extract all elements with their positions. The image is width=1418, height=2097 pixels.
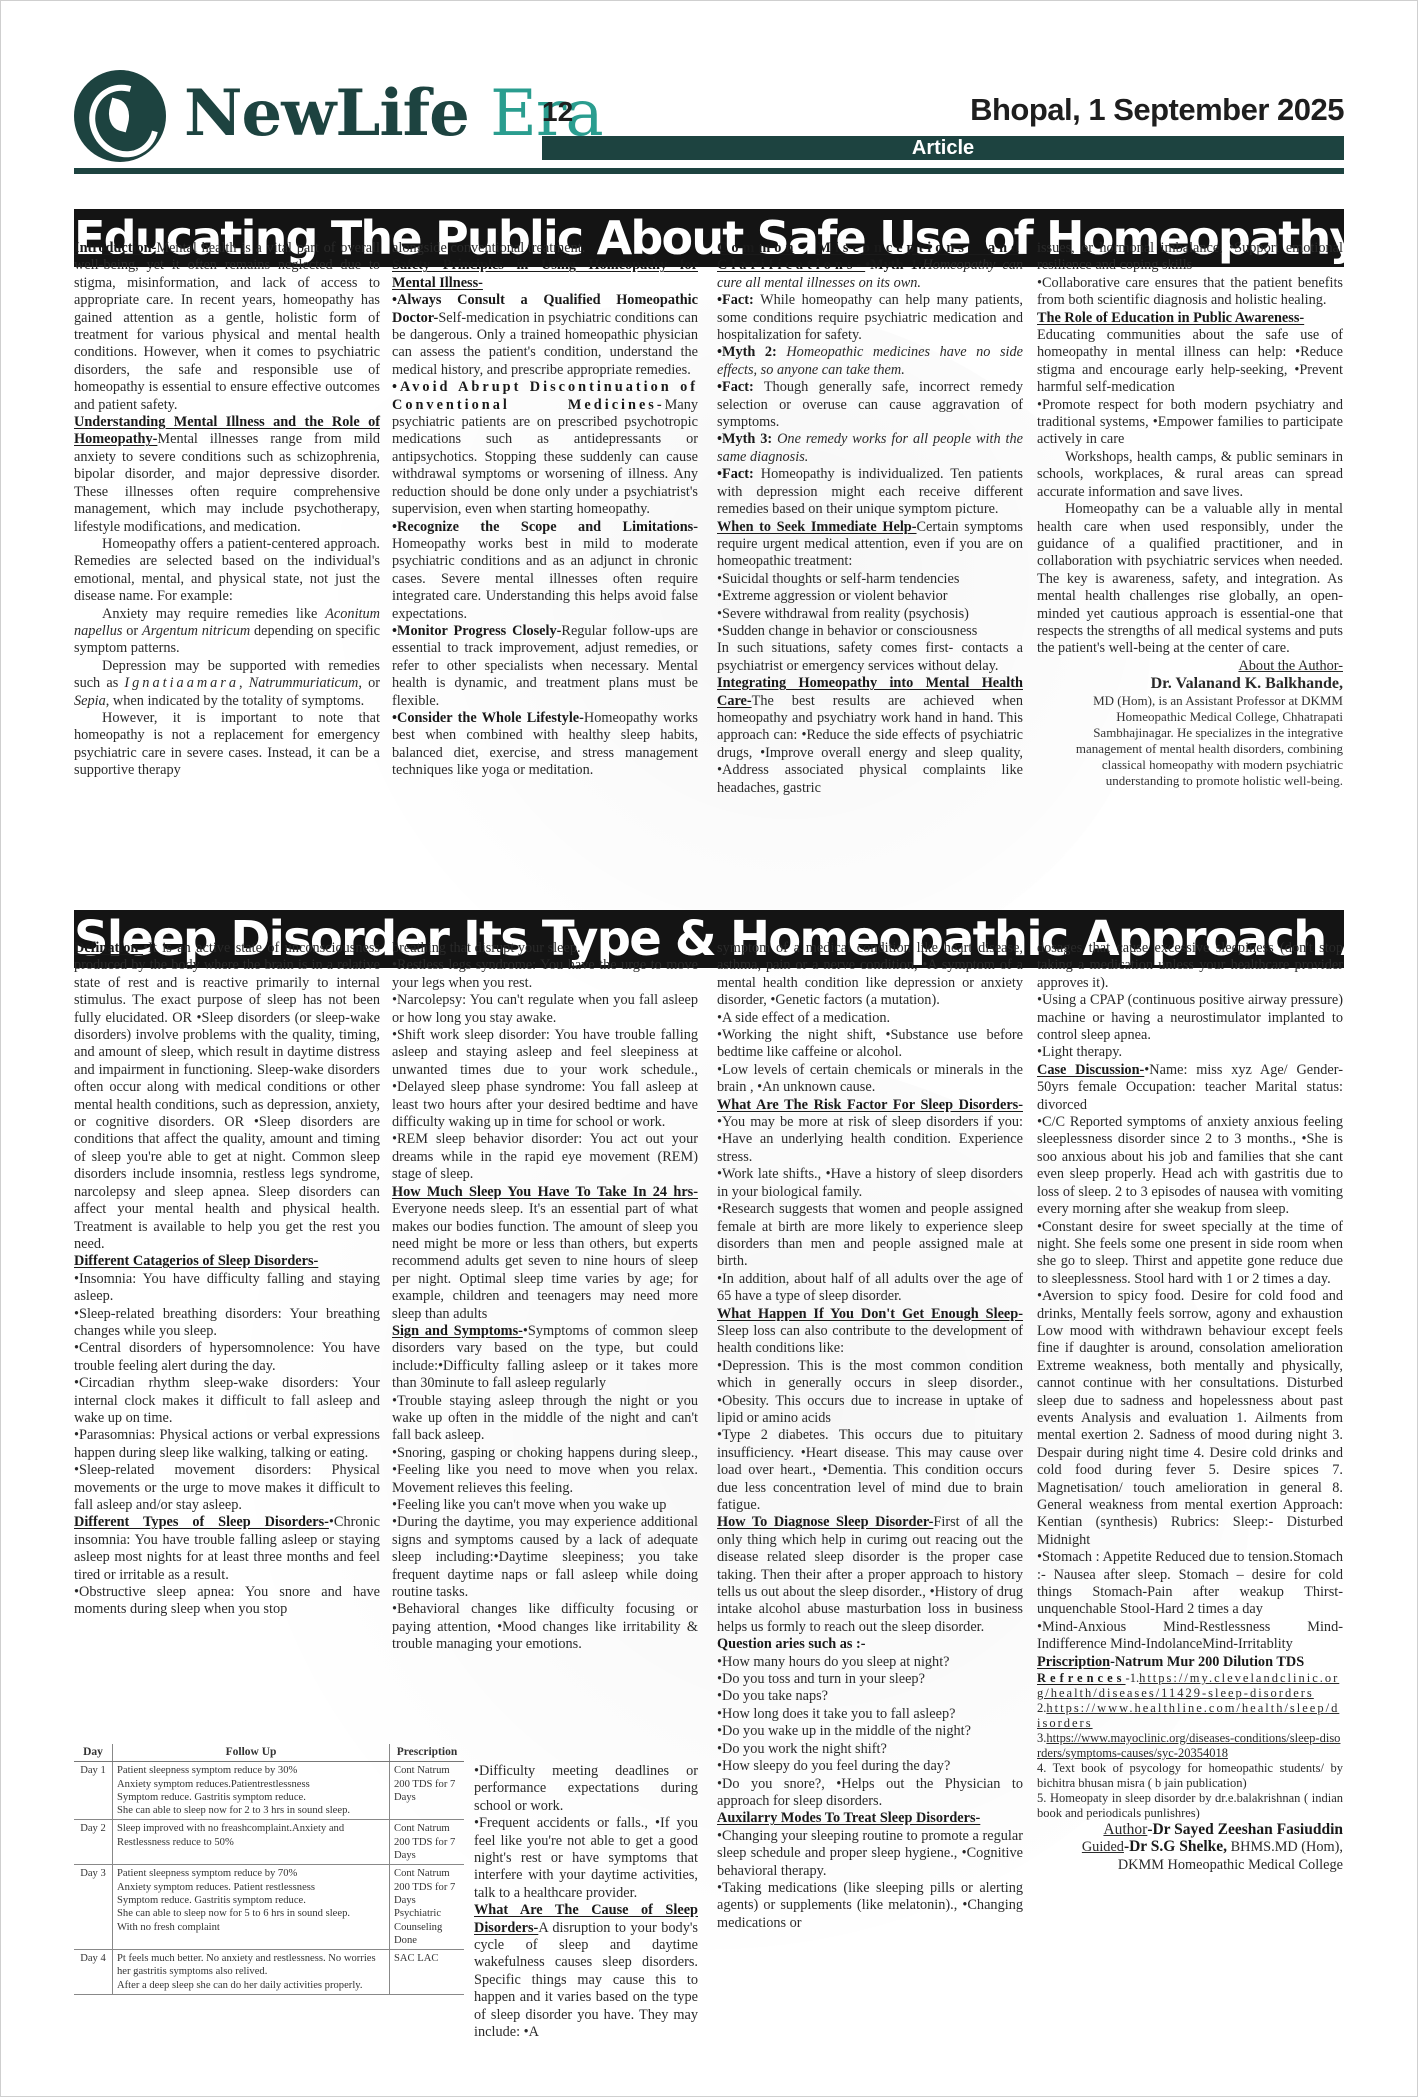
followup-line: She can able to sleep now for 5 to 6 hrs… xyxy=(117,1907,385,1920)
how-much-sleep-heading: How Much Sleep You Have To Take In 24 hr… xyxy=(392,1184,698,1200)
prescription-cell: Cont Natrum 200 TDS for 7 Days xyxy=(390,1762,465,1820)
prescription-text: -Natrum Mur 200 Dilution TDS xyxy=(1110,1654,1304,1670)
continued-text: breathing that disrupt your sleep. xyxy=(392,940,698,957)
continued-text: alongside conventional treatment. xyxy=(392,240,698,257)
principle-heading: •Monitor Progress Closely- xyxy=(392,623,561,639)
dateline: Bhopal, 1 September 2025 xyxy=(970,92,1344,128)
however-paragraph: However, it is important to note that ho… xyxy=(74,710,380,780)
how-much-sleep-text: Everyone needs sleep. It's an essential … xyxy=(392,1201,698,1321)
list-item: •Depression. This is the most common con… xyxy=(717,1358,1023,1428)
list-item: •Sleep-related movement disorders: Physi… xyxy=(74,1462,380,1514)
remedy-name: Sepia xyxy=(74,693,106,709)
myth-label: •Myth 3: xyxy=(717,431,772,447)
intro-heading: Introduction- xyxy=(74,240,156,256)
article2-column-2-narrow: •Difficulty meeting deadlines or perform… xyxy=(474,1763,698,2042)
list-item: •Suicidal thoughts or self-harm tendenci… xyxy=(717,571,1023,588)
prescription-cell: SAC LAC xyxy=(390,1950,465,1995)
article2-column-1: Defination-•It is an active state of unc… xyxy=(74,940,380,1619)
about-author-label: About the Author- xyxy=(1238,658,1343,674)
list-item: •Sudden change in behavior or consciousn… xyxy=(717,623,1023,640)
guide-credentials: BHMS.MD (Hom), xyxy=(1227,1839,1343,1855)
reference-item: 5. Homeopaty in sleep disorder by dr.e.b… xyxy=(1037,1791,1343,1821)
article2-column-3: symptom of a medical condition like hear… xyxy=(717,940,1023,1932)
text: , when indicated by the totality of symp… xyxy=(106,693,365,709)
text: , or xyxy=(358,675,380,691)
day-cell: Day 2 xyxy=(74,1820,113,1865)
followup-cell: Patient sleepness symptom reduce by 30% … xyxy=(113,1762,390,1820)
list-item: •Sleep-related breathing disorders: Your… xyxy=(74,1306,380,1341)
list-item: •In addition, about half of all adults o… xyxy=(717,1271,1023,1306)
categories-heading: Different Catagerios of Sleep Disorders- xyxy=(74,1253,380,1270)
list-item: •Feeling like you can't move when you wa… xyxy=(392,1497,698,1514)
author-bio: MD (Hom), is an Assistant Professor at D… xyxy=(1037,693,1343,789)
fact-text: Homeopathy is individualized. Ten patien… xyxy=(717,466,1023,517)
list-item: •Parasomnias: Physical actions or verbal… xyxy=(74,1427,380,1462)
table-row: Day 2 Sleep improved with no freashcompl… xyxy=(74,1820,464,1865)
article1-column-1: Introduction-Mental health is a vital pa… xyxy=(74,240,380,780)
workshops-paragraph: Workshops, health camps, & public semina… xyxy=(1037,449,1343,501)
followup-cell: Patient sleepness symptom reduce by 70% … xyxy=(113,1865,390,1950)
principle-heading: •Recognize the Scope and Limitations- xyxy=(392,519,698,535)
guided-label: Guided xyxy=(1082,1839,1124,1855)
list-item: •Behavioral changes like difficulty focu… xyxy=(392,1601,698,1653)
author-label: Author xyxy=(1103,1821,1147,1838)
diagnose-text: First of all the only thing which help i… xyxy=(717,1514,1023,1634)
list-item: •Restless legs syndrome: You have the ur… xyxy=(392,957,698,992)
list-item: •Low levels of certain chemicals or mine… xyxy=(717,1062,1023,1097)
continued-text: dosages that cause excessive sleepiness … xyxy=(1037,940,1343,992)
safety-heading: Safety Principles in Using Homeopathy fo… xyxy=(392,257,698,292)
remedy-name: Argentum nitricum xyxy=(142,623,250,639)
leaf-logo-icon xyxy=(74,70,166,162)
list-item: •Central disorders of hypersomnolence: Y… xyxy=(74,1340,380,1375)
list-item: •Extreme aggression or violent behavior xyxy=(717,588,1023,605)
seek-help-heading: When to Seek Immediate Help- xyxy=(717,519,917,535)
education-heading: The Role of Education in Public Awarenes… xyxy=(1037,310,1343,327)
types-heading: Different Types of Sleep Disorders- xyxy=(74,1514,329,1530)
principle-text: Homeopathy works best in mild to moderat… xyxy=(392,536,698,622)
reference-item: 4. Text book of psycology for homeopathi… xyxy=(1037,1761,1343,1791)
list-item: •Insomnia: You have difficulty falling a… xyxy=(74,1271,380,1306)
followup-line: Patient sleepness symptom reduce by 70% xyxy=(117,1867,385,1880)
text: , xyxy=(239,675,249,691)
list-item: •During the daytime, you may experience … xyxy=(392,1514,698,1601)
followup-line: With no fresh complaint xyxy=(117,1921,385,1934)
logo-name: NewLife xyxy=(184,76,469,151)
followup-line: After a deep sleep she can do her daily … xyxy=(117,1979,385,1992)
followup-line: Symptom reduce. Gastritis symptom reduce… xyxy=(117,1791,385,1804)
masthead-rule xyxy=(74,168,1344,174)
question-item: •Do you snore?, •Helps out the Physician… xyxy=(717,1776,1023,1811)
fact-text: While homeopathy can help many patients,… xyxy=(717,292,1023,343)
question-item: •Do you take naps? xyxy=(717,1688,1023,1705)
day-cell: Day 3 xyxy=(74,1865,113,1950)
cause-text: A disruption to your body's cycle of sle… xyxy=(474,1920,698,2040)
page-number: 12 xyxy=(542,96,573,128)
article2-column-2: breathing that disrupt your sleep. •Rest… xyxy=(392,940,698,1654)
diagnose-heading: How To Diagnose Sleep Disorder- xyxy=(717,1514,933,1530)
definition-heading: Defination- xyxy=(74,940,143,956)
section-label: Article xyxy=(542,136,1344,160)
question-item: •How long does it take you to fall aslee… xyxy=(717,1706,1023,1723)
list-item: •Severe withdrawal from reality (psychos… xyxy=(717,606,1023,623)
followup-line: Anxiety symptom reduces. Patient restles… xyxy=(117,1881,385,1894)
conclusion-paragraph: Homeopathy can be a valuable ally in men… xyxy=(1037,501,1343,658)
column-header: Follow Up xyxy=(113,1744,390,1762)
fact-label: •Fact: xyxy=(717,379,754,395)
followup-line: Sleep improved with no freashcomplaint.A… xyxy=(117,1822,385,1849)
list-item: •Trouble staying asleep through the nigh… xyxy=(392,1393,698,1445)
reference-number: 2. xyxy=(1037,1701,1046,1715)
principle-text: Many psychiatric patients are on prescri… xyxy=(392,397,698,517)
intro-text: Mental health is a vital part of overall… xyxy=(74,240,380,413)
depression-paragraph: Depression may be supported with remedie… xyxy=(74,658,380,710)
offers-paragraph: Homeopathy offers a patient-centered app… xyxy=(74,536,380,606)
list-item: •Research suggests that women and people… xyxy=(717,1201,1023,1271)
remedy-name: Ignatiaamara xyxy=(124,675,239,691)
fact-label: •Fact: xyxy=(717,466,754,482)
list-item: •Changing your sleeping routine to promo… xyxy=(717,1828,1023,1880)
followup-line: Patient sleepness symptom reduce by 30% xyxy=(117,1764,385,1777)
list-item: •Obstructive sleep apnea: You snore and … xyxy=(74,1584,380,1619)
list-item: •Type 2 diabetes. This occurs due to pit… xyxy=(717,1427,1023,1514)
article2-column-4: dosages that cause excessive sleepiness … xyxy=(1037,940,1343,1874)
followup-cell: Sleep improved with no freashcomplaint.A… xyxy=(113,1820,390,1865)
auxiliary-modes-heading: Auxilarry Modes To Treat Sleep Disorders… xyxy=(717,1810,1023,1827)
list-item: •Light therapy. xyxy=(1037,1044,1343,1061)
question-item: •Do you toss and turn in your sleep? xyxy=(717,1671,1023,1688)
list-item: •Stomach : Appetite Reduced due to tensi… xyxy=(1037,1549,1343,1619)
fact-label: •Fact: xyxy=(717,292,754,308)
list-item: •Difficulty meeting deadlines or perform… xyxy=(474,1763,698,1815)
author-name: -Dr Sayed Zeeshan Fasiuddin xyxy=(1147,1821,1343,1838)
list-item: •REM sleep behavior disorder: You act ou… xyxy=(392,1131,698,1183)
table-row: Day 3 Patient sleepness symptom reduce b… xyxy=(74,1865,464,1950)
prescription-cell: Cont Natrum 200 TDS for 7 Days xyxy=(390,1820,465,1865)
question-item: •How many hours do you sleep at night? xyxy=(717,1654,1023,1671)
anxiety-paragraph: Anxiety may require remedies like Aconit… xyxy=(74,606,380,658)
reference-number: 3. xyxy=(1037,1731,1046,1745)
list-item: •Using a CPAP (continuous positive airwa… xyxy=(1037,992,1343,1044)
signs-heading: Sign and Symptoms- xyxy=(392,1323,523,1339)
remedy-name: Natrummuriaticum xyxy=(249,675,359,691)
list-item: •Snoring, gasping or choking happens dur… xyxy=(392,1445,698,1497)
followup-table: Day Follow Up Prescription Day 1 Patient… xyxy=(74,1744,464,1995)
seek-help-after: In such situations, safety comes first- … xyxy=(717,640,1023,675)
table-row: Day 4 Pt feels much better. No anxiety a… xyxy=(74,1950,464,1995)
list-item: •Frequent accidents or falls., •If you f… xyxy=(474,1815,698,1902)
questions-heading: Question aries such as :- xyxy=(717,1636,1023,1653)
followup-cell: Pt feels much better. No anxiety and res… xyxy=(113,1950,390,1995)
education-text-2: •Promote respect for both modern psychia… xyxy=(1037,397,1343,449)
question-item: •Do you work the night shift? xyxy=(717,1741,1023,1758)
myth-label: •Myth 2: xyxy=(717,344,777,360)
principle-text: Self-medication in psychiatric condition… xyxy=(392,310,698,378)
table-row: Day 1 Patient sleepness symptom reduce b… xyxy=(74,1762,464,1820)
followup-line: Anxiety symptom reduces.Patientrestlessn… xyxy=(117,1778,385,1791)
list-item: •Working the night shift, •Substance use… xyxy=(717,1027,1023,1062)
prescription-cell: Cont Natrum 200 TDS for 7 Days Psychiatr… xyxy=(390,1865,465,1950)
column-header: Prescription xyxy=(390,1744,465,1762)
list-item: •Shift work sleep disorder: You have tro… xyxy=(392,1027,698,1131)
text: Anxiety may require remedies like xyxy=(102,606,325,622)
question-item: •How sleepy do you feel during the day? xyxy=(717,1758,1023,1775)
list-item: •Mind-Anxious Mind-Restlessness Mind-Ind… xyxy=(1037,1619,1343,1654)
list-item: •C/C Reported symptoms of anxiety anxiou… xyxy=(1037,1114,1343,1218)
continued-text: symptom of a medical condition like hear… xyxy=(717,940,1023,1010)
principle-heading: •Avoid Abrupt Discontinuation of Convent… xyxy=(392,379,698,412)
guide-name: -Dr S.G Shelke, xyxy=(1124,1838,1227,1855)
not-enough-sleep-text: Sleep loss can also contribute to the de… xyxy=(717,1323,1023,1356)
references-heading: Refrences xyxy=(1037,1671,1126,1685)
education-text: Educating communities about the safe use… xyxy=(1037,327,1343,397)
article1-column-4: issues, or hormonal imbalance, •Support … xyxy=(1037,240,1343,789)
masthead: NewLife Era 12 Bhopal, 1 September 2025 … xyxy=(74,68,1344,168)
followup-line: Symptom reduce. Gastritis symptom reduce… xyxy=(117,1894,385,1907)
list-item: •A side effect of a medication. xyxy=(717,1010,1023,1027)
risk-heading: What Are The Risk Factor For Sleep Disor… xyxy=(717,1097,1023,1113)
list-item: •Constant desire for sweet specially at … xyxy=(1037,1219,1343,1289)
reference-number: -1. xyxy=(1126,1671,1140,1685)
text: or xyxy=(122,623,142,639)
collaborative-text: •Collaborative care ensures that the pat… xyxy=(1037,275,1343,310)
newspaper-logo: NewLife Era xyxy=(184,74,603,154)
table-header-row: Day Follow Up Prescription xyxy=(74,1744,464,1762)
article1-column-3: Common Misconceptions and Clarifications… xyxy=(717,240,1023,797)
list-item: •Work late shifts., •Have a history of s… xyxy=(717,1166,1023,1201)
continued-text: issues, or hormonal imbalance, •Support … xyxy=(1037,240,1343,275)
list-item: •Aversion to spicy food. Desire for cold… xyxy=(1037,1288,1343,1549)
question-item: •Do you wake up in the middle of the nig… xyxy=(717,1723,1023,1740)
followup-line: Pt feels much better. No anxiety and res… xyxy=(117,1952,385,1979)
list-item: •Taking medications (like sleeping pills… xyxy=(717,1880,1023,1932)
risk-text: •You may be more at risk of sleep disord… xyxy=(717,1114,1023,1165)
day-cell: Day 4 xyxy=(74,1950,113,1995)
fact-text: Though generally safe, incorrect remedy … xyxy=(717,379,1023,430)
myth-label: •Myth 1: xyxy=(865,257,922,273)
list-item: •Circadian rhythm sleep-wake disorders: … xyxy=(74,1375,380,1427)
day-cell: Day 1 xyxy=(74,1762,113,1820)
college-name: DKMM Homeopathic Medical College xyxy=(1037,1857,1343,1874)
followup-line: She can able to sleep now for 2 to 3 hrs… xyxy=(117,1804,385,1817)
definition-text: •It is an active state of unconsciousnes… xyxy=(74,940,380,1252)
principle-heading: •Consider the Whole Lifestyle- xyxy=(392,710,584,726)
reference-link[interactable]: https://www.mayoclinic.org/diseases-cond… xyxy=(1037,1731,1340,1760)
column-header: Day xyxy=(74,1744,113,1762)
not-enough-sleep-heading: What Happen If You Don't Get Enough Slee… xyxy=(717,1306,1023,1322)
reference-link[interactable]: https://www.healthline.com/health/sleep/… xyxy=(1037,1701,1339,1730)
prescription-heading: Priscription xyxy=(1037,1654,1110,1670)
integrating-text: The best results are achieved when homeo… xyxy=(717,693,1023,796)
list-item: •Narcolepsy: You can't regulate when you… xyxy=(392,992,698,1027)
article1-column-2: alongside conventional treatment. Safety… xyxy=(392,240,698,780)
case-discussion-heading: Case Discussion- xyxy=(1037,1062,1144,1078)
author-name: Dr. Valanand K. Balkhande, xyxy=(1037,675,1343,692)
